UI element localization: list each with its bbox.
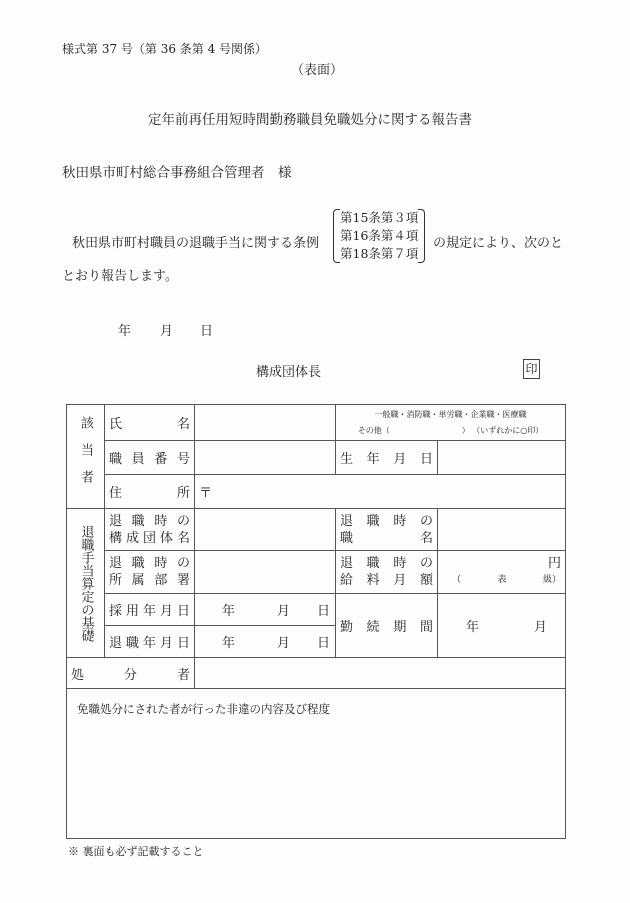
seal-mark: 印: [523, 359, 540, 379]
salary-field[interactable]: 円 （表級）: [438, 551, 566, 594]
retirement-date-label: 退職年月日: [105, 626, 195, 658]
disposer-field[interactable]: [195, 658, 566, 689]
disposer-label: 処分者: [67, 658, 195, 689]
article-bracket: 第15条第３項 第16条第４項 第18条第７項: [333, 209, 425, 263]
employee-number-label: 職員番号: [105, 441, 195, 475]
job-type-field[interactable]: 一般職・消防職・単労職・企業職・医療職 その他（ ） （いずれかに○印）: [336, 405, 566, 441]
left-bracket: [333, 209, 340, 263]
right-bracket: [418, 209, 425, 263]
birth-date-label: 生年月日: [336, 441, 438, 475]
date-day: 日: [200, 320, 213, 339]
name-label: 氏名: [105, 405, 195, 441]
body-text-suffix: の規定により、次のと: [433, 232, 563, 251]
article-item: 第18条第７項: [340, 245, 418, 263]
subject-group-label: 該当者: [67, 405, 105, 509]
addressee: 秋田県市町村総合事務組合管理者 様: [62, 161, 292, 181]
address-label: 住所: [105, 475, 195, 509]
address-field[interactable]: 〒: [195, 475, 566, 509]
form-number: 様式第 37 号（第 36 条第 4 号関係）: [62, 40, 267, 57]
job-title-field[interactable]: [438, 509, 566, 551]
department-field[interactable]: [195, 551, 336, 594]
salary-label: 退職時の 給料月額: [336, 551, 438, 594]
date-year: 年: [118, 320, 131, 339]
name-field[interactable]: [195, 405, 336, 441]
body-text-prefix: 秋田県市町村職員の退職手当に関する条例: [72, 232, 319, 251]
org-name-label: 退職時の 構成団体名: [105, 509, 195, 551]
birth-date-field[interactable]: [438, 441, 566, 475]
report-table: 該当者 氏名 一般職・消防職・単労職・企業職・医療職 その他（ ） （いずれかに…: [66, 404, 566, 839]
article-item: 第15条第３項: [340, 209, 418, 227]
footer-note: ※ 裏面も必ず記載すること: [68, 843, 204, 859]
misconduct-label: 免職処分にされた者が行った非違の内容及び程度: [67, 689, 565, 717]
postal-mark: 〒: [195, 486, 212, 501]
signer-label: 構成団体長: [256, 361, 321, 380]
article-item: 第16条第４項: [340, 227, 418, 245]
date-month: 月: [160, 320, 173, 339]
department-label: 退職時の 所属部署: [105, 551, 195, 594]
misconduct-field[interactable]: 免職処分にされた者が行った非違の内容及び程度: [67, 689, 566, 839]
hire-date-label: 採用年月日: [105, 594, 195, 626]
body-text-line2: とおり報告します。: [62, 265, 178, 284]
org-name-field[interactable]: [195, 509, 336, 551]
tenure-label: 勤続期間: [336, 594, 438, 658]
job-title-label: 退職時の 職名: [336, 509, 438, 551]
employee-number-field[interactable]: [195, 441, 336, 475]
allowance-basis-group-label: 退職手当算定の基礎: [67, 509, 105, 658]
document-title: 定年前再任用短時間勤務職員免職処分に関する報告書: [148, 108, 472, 128]
side-label: （表面）: [291, 59, 343, 78]
retirement-date-field[interactable]: 年月日: [195, 626, 336, 658]
hire-date-field[interactable]: 年月日: [195, 594, 336, 626]
tenure-field[interactable]: 年月: [438, 594, 566, 658]
